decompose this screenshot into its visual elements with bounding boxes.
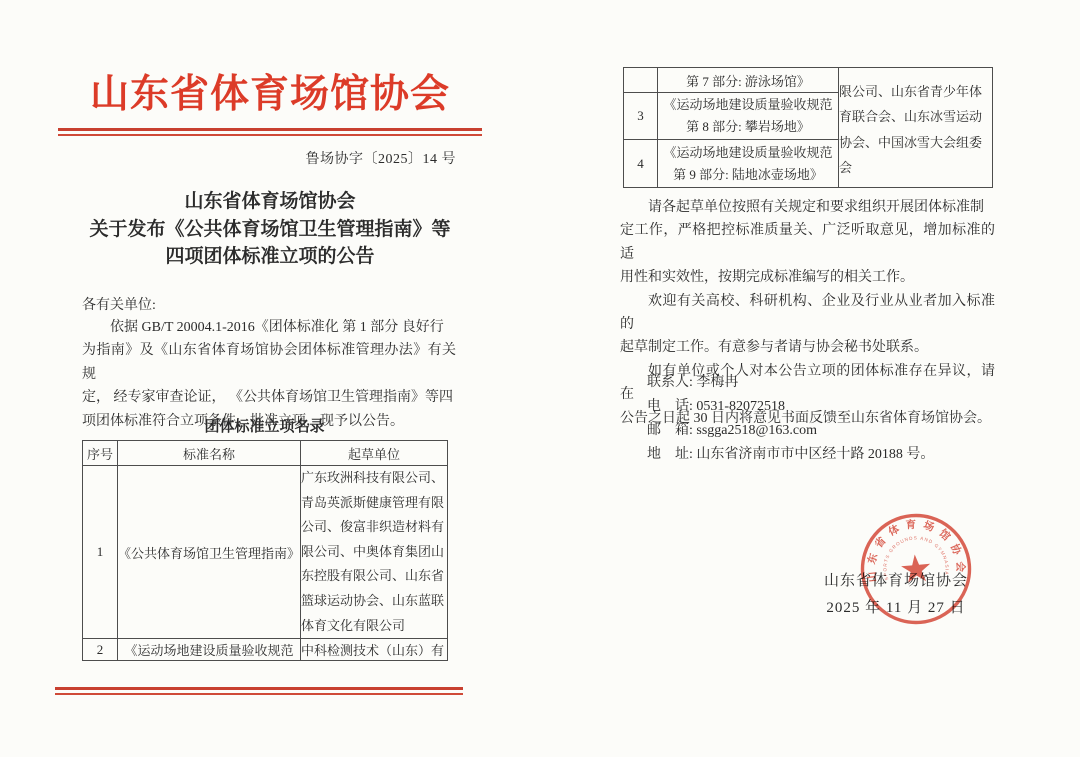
- text-line: 限公司、中奥体育集团山: [301, 540, 447, 565]
- official-seal-stamp: 山东省体育场馆协会 SPORTS GROUNDS AND GYMNASIA ★: [853, 506, 979, 632]
- text-line: 请各起草单位按照有关规定和要求组织开展团体标准制: [620, 196, 995, 219]
- text-line: 限公司、山东省青少年体: [839, 79, 992, 105]
- header-drafting-unit: 起草单位: [301, 441, 448, 466]
- text-line: 用性和实效性，按期完成标准编写的相关工作。: [620, 266, 995, 289]
- seal-star-icon: ★: [897, 546, 935, 593]
- text-line: 联系人: 李梅冉: [647, 371, 995, 395]
- scanned-official-document: 山东省体育场馆协会 鲁场协字〔2025〕14 号 山东省体育场馆协会 关于发布《…: [0, 0, 1080, 757]
- document-title-line-1: 山东省体育场馆协会: [58, 188, 482, 216]
- text-line: 邮 箱: ssgga2518@163.com: [647, 419, 995, 443]
- header-standard-name: 标准名称: [118, 441, 301, 466]
- text-line: 定， 经专家审查论证， 《公共体育场馆卫生管理指南》等四: [82, 386, 456, 409]
- text-line: 依据 GB/T 20004.1-2016《团体标准化 第 1 部分 良好行: [82, 316, 456, 339]
- text-line: 东控股有限公司、山东省: [301, 564, 447, 589]
- cell-seq-2cont: [624, 68, 658, 93]
- text-line: 定工作，严格把控标准质量关、广泛听取意见，增加标准的适: [620, 219, 995, 266]
- document-title-line-2: 关于发布《公共体育场馆卫生管理指南》等: [58, 216, 482, 244]
- cell-seq-3: 3: [624, 93, 658, 140]
- text-line: 育联合会、山东冰雪运动: [839, 104, 992, 130]
- closing-paragraph-2: 欢迎有关高校、科研机构、企业及行业从业者加入标准的起草制定工作。有意参与者请与协…: [620, 290, 995, 360]
- table-row-2: 2 《运动场地建设质量验收规范 中科检测技术（山东）有: [83, 639, 448, 661]
- standards-table-right-page: 第 7 部分: 游泳场馆》 限公司、山东省青少年体育联合会、山东冰雪运动协会、中…: [623, 67, 993, 188]
- text-line: 地 址: 山东省济南市市中区经十路 20188 号。: [647, 443, 995, 467]
- standards-table-left-page: 序号 标准名称 起草单位 1 《公共体育场馆卫生管理指南》 广东玫洲科技有限公司…: [82, 440, 448, 661]
- text-line: 起草制定工作。有意参与者请与协会秘书处联系。: [620, 336, 995, 359]
- cell-standard-name-1: 《公共体育场馆卫生管理指南》: [118, 466, 301, 639]
- text-line: 欢迎有关高校、科研机构、企业及行业从业者加入标准的: [620, 290, 995, 337]
- contact-info: 联系人: 李梅冉电 话: 0531-82072518邮 箱: ssgga2518…: [647, 371, 995, 467]
- text-line: 为指南》及《山东省体育场馆协会团体标准管理办法》有关规: [82, 339, 456, 386]
- text-line: 公司、俊富非织造材料有: [301, 515, 447, 540]
- document-title-line-3: 四项团体标准立项的公告: [58, 243, 482, 271]
- cell-standard-name-2: 《运动场地建设质量验收规范: [118, 639, 301, 661]
- text-line: 篮球运动协会、山东蓝联: [301, 589, 447, 614]
- cell-seq-1: 1: [83, 466, 118, 639]
- cell-drafters-1: 广东玫洲科技有限公司、青岛英派斯健康管理有限公司、俊富非织造材料有限公司、中奥体…: [301, 466, 448, 639]
- cell-drafters-merged: 限公司、山东省青少年体育联合会、山东冰雪运动协会、中国冰雪大会组委会: [839, 68, 993, 188]
- text-line: 电 话: 0531-82072518: [647, 395, 995, 419]
- cell-seq-4: 4: [624, 140, 658, 188]
- text-line: 青岛英派斯健康管理有限: [301, 491, 447, 516]
- text-line: 《运动场地建设质量验收规范: [658, 94, 838, 116]
- table-row-1: 1 《公共体育场馆卫生管理指南》 广东玫洲科技有限公司、青岛英派斯健康管理有限公…: [83, 466, 448, 639]
- salutation: 各有关单位:: [82, 294, 156, 314]
- text-line: 第 8 部分: 攀岩场地》: [658, 116, 838, 138]
- cell-seq-2: 2: [83, 639, 118, 661]
- document-title: 山东省体育场馆协会 关于发布《公共体育场馆卫生管理指南》等 四项团体标准立项的公…: [58, 188, 482, 271]
- cell-standard-name-3: 《运动场地建设质量验收规范第 8 部分: 攀岩场地》: [658, 93, 839, 140]
- table-caption: 团体标准立项名录: [82, 415, 447, 436]
- text-line: 第 9 部分: 陆地冰壶场地》: [658, 164, 838, 186]
- text-line: 广东玫洲科技有限公司、: [301, 466, 447, 491]
- letterhead-org-title: 山东省体育场馆协会: [58, 68, 482, 122]
- table-row-2-continued: 第 7 部分: 游泳场馆》 限公司、山东省青少年体育联合会、山东冰雪运动协会、中…: [624, 68, 993, 93]
- page-footer-rule: [55, 687, 463, 695]
- letterhead-divider-rule: [58, 128, 482, 136]
- text-line: 《运动场地建设质量验收规范: [658, 142, 838, 164]
- header-seq: 序号: [83, 441, 118, 466]
- text-line: 会: [839, 155, 992, 181]
- text-line: 体育文化有限公司: [301, 614, 447, 639]
- cell-standard-name-2cont: 第 7 部分: 游泳场馆》: [658, 68, 839, 93]
- closing-paragraph-1: 请各起草单位按照有关规定和要求组织开展团体标准制定工作，严格把控标准质量关、广泛…: [620, 196, 995, 290]
- table-header-row: 序号 标准名称 起草单位: [83, 441, 448, 466]
- document-number: 鲁场协字〔2025〕14 号: [58, 148, 456, 168]
- cell-standard-name-4: 《运动场地建设质量验收规范第 9 部分: 陆地冰壶场地》: [658, 140, 839, 188]
- cell-drafters-2: 中科检测技术（山东）有: [301, 639, 448, 661]
- text-line: 协会、中国冰雪大会组委: [839, 130, 992, 156]
